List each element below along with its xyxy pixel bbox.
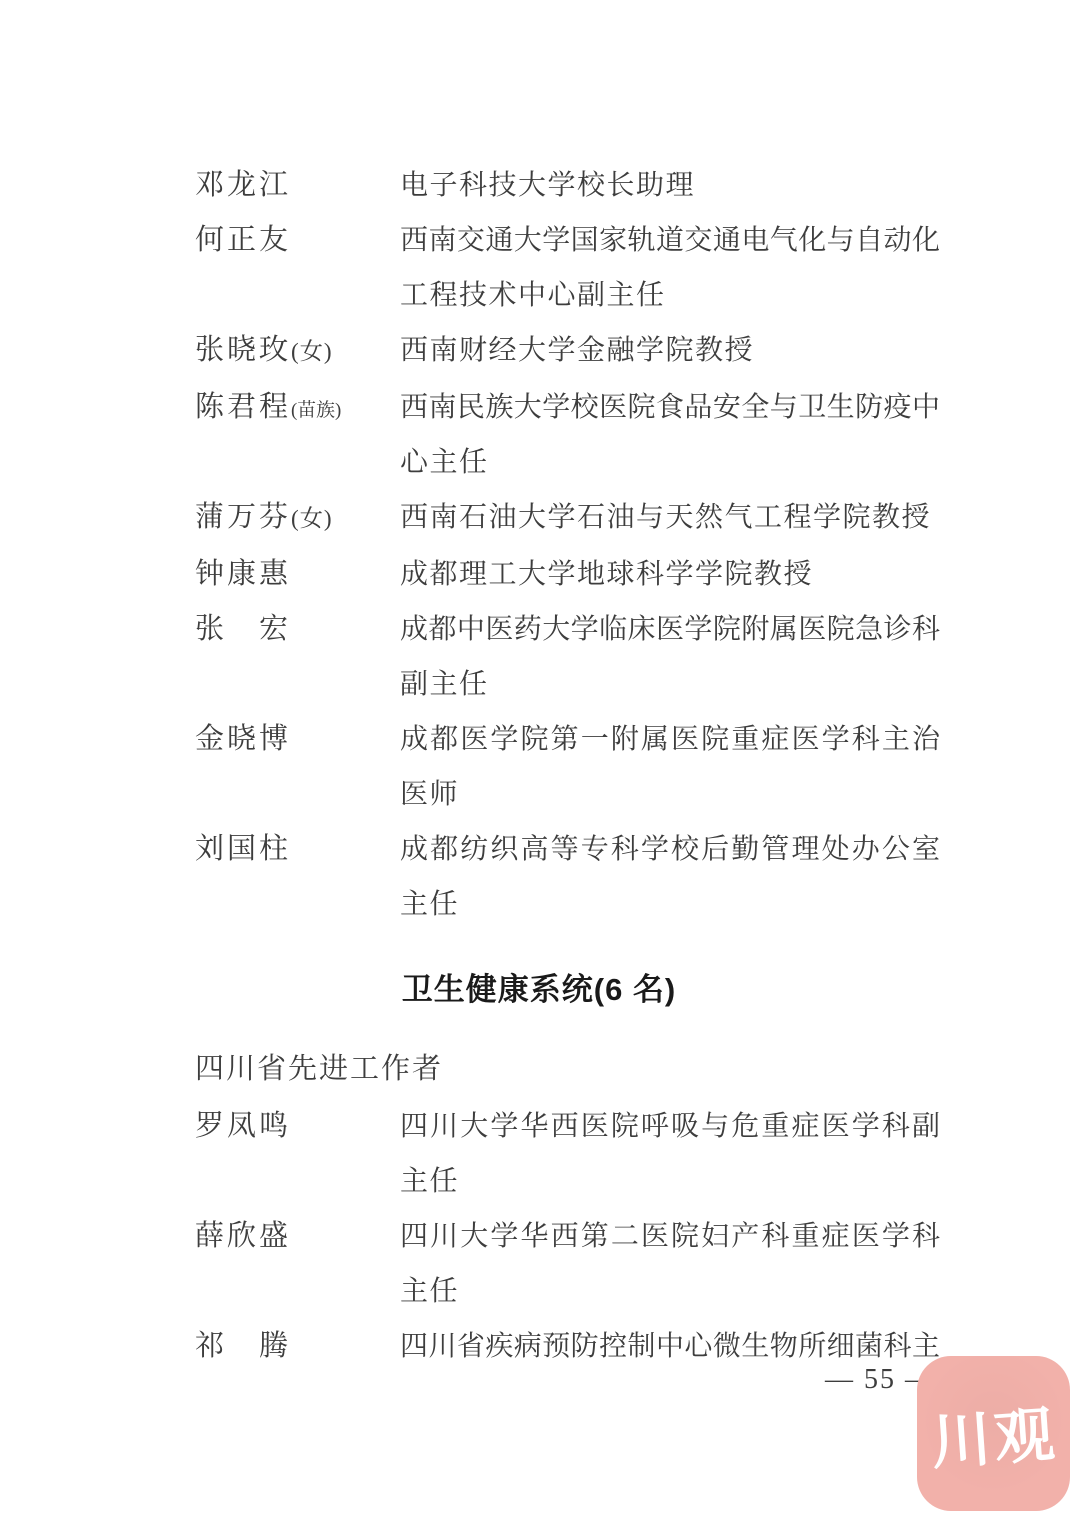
awardee-title-line: 成都理工大学地球科学学院教授: [400, 547, 940, 602]
award-entry: 张晓玫(女)西南财经大学金融学院教授: [195, 323, 940, 380]
awardee-name: 刘国柱: [195, 822, 400, 877]
awardee-title-line: 四川大学华西第二医院妇产科重症医学科: [400, 1209, 940, 1264]
entries-group-bottom: 罗凤鸣四川大学华西医院呼吸与危重症医学科副主任薛欣盛四川大学华西第二医院妇产科重…: [195, 1099, 940, 1374]
awardee-title-line: 副主任: [400, 657, 940, 712]
awardee-name-note: (苗族): [291, 400, 341, 421]
awardee-title-line: 电子科技大学校长助理: [400, 158, 940, 213]
awardee-title: 四川大学华西医院呼吸与危重症医学科副主任: [400, 1099, 940, 1209]
awardee-name-text: 罗凤鸣: [195, 1110, 291, 1142]
awardee-name-note: (女): [291, 339, 333, 365]
awardee-name-text: 钟康惠: [195, 558, 291, 590]
chuanguan-logo-text: 川观: [928, 1386, 1060, 1481]
awardee-name: 何正友: [195, 213, 400, 268]
awardee-title-line: 成都纺织高等专科学校后勤管理处办公室: [400, 822, 940, 877]
awardee-name-text: 张 宏: [195, 613, 291, 645]
awardee-title: 西南民族大学校医院食品安全与卫生防疫中心主任: [400, 380, 940, 490]
document-page: 邓龙江电子科技大学校长助理何正友西南交通大学国家轨道交通电气化与自动化工程技术中…: [0, 0, 1080, 1528]
subsection-title: 四川省先进工作者: [195, 1042, 940, 1097]
awardee-title: 西南石油大学石油与天然气工程学院教授: [400, 490, 940, 545]
awardee-title: 成都理工大学地球科学学院教授: [400, 547, 940, 602]
award-entry: 薛欣盛四川大学华西第二医院妇产科重症医学科主任: [195, 1209, 940, 1319]
awardee-name: 邓龙江: [195, 158, 400, 213]
awardee-name: 张晓玫(女): [195, 323, 400, 380]
awardee-title-line: 工程技术中心副主任: [400, 268, 940, 323]
award-entry: 蒲万芬(女)西南石油大学石油与天然气工程学院教授: [195, 490, 940, 547]
awardee-name: 钟康惠: [195, 547, 400, 602]
awardee-name-text: 张晓玫: [195, 334, 291, 366]
awardee-title-line: 西南交通大学国家轨道交通电气化与自动化: [400, 213, 940, 268]
awardee-title-line: 西南财经大学金融学院教授: [400, 323, 940, 378]
awardee-name-text: 祁 腾: [195, 1330, 291, 1362]
awardee-title: 西南交通大学国家轨道交通电气化与自动化工程技术中心副主任: [400, 213, 940, 323]
awardee-name: 薛欣盛: [195, 1209, 400, 1264]
awardee-name-text: 邓龙江: [195, 169, 291, 201]
chuanguan-logo: 川观: [917, 1356, 1070, 1511]
awardee-title: 四川大学华西第二医院妇产科重症医学科主任: [400, 1209, 940, 1319]
awardee-name: 金晓博: [195, 712, 400, 767]
awardee-title: 电子科技大学校长助理: [400, 158, 940, 213]
awardee-title: 西南财经大学金融学院教授: [400, 323, 940, 378]
awardee-title: 成都医学院第一附属医院重症医学科主治医师: [400, 712, 940, 822]
awardee-name: 罗凤鸣: [195, 1099, 400, 1154]
award-entry: 陈君程(苗族)西南民族大学校医院食品安全与卫生防疫中心主任: [195, 380, 940, 490]
award-entry: 刘国柱成都纺织高等专科学校后勤管理处办公室主任: [195, 822, 940, 932]
award-entry: 钟康惠成都理工大学地球科学学院教授: [195, 547, 940, 602]
awardee-title-line: 主任: [400, 1154, 940, 1209]
awardee-name-text: 陈君程: [195, 391, 291, 423]
awardee-name: 祁 腾: [195, 1319, 400, 1374]
awardee-title: 成都纺织高等专科学校后勤管理处办公室主任: [400, 822, 940, 932]
awardee-title-line: 心主任: [400, 435, 940, 490]
awardee-title-line: 西南石油大学石油与天然气工程学院教授: [400, 490, 940, 545]
entries-group-top: 邓龙江电子科技大学校长助理何正友西南交通大学国家轨道交通电气化与自动化工程技术中…: [195, 158, 940, 932]
award-list: 邓龙江电子科技大学校长助理何正友西南交通大学国家轨道交通电气化与自动化工程技术中…: [195, 158, 940, 1374]
award-entry: 金晓博成都医学院第一附属医院重症医学科主治医师: [195, 712, 940, 822]
awardee-title: 成都中医药大学临床医学院附属医院急诊科副主任: [400, 602, 940, 712]
awardee-name: 张 宏: [195, 602, 400, 657]
awardee-name-note: (女): [291, 506, 333, 532]
award-entry: 邓龙江电子科技大学校长助理: [195, 158, 940, 213]
awardee-name-text: 蒲万芬: [195, 501, 291, 533]
awardee-name-text: 金晓博: [195, 723, 291, 755]
awardee-title-line: 成都中医药大学临床医学院附属医院急诊科: [400, 602, 940, 657]
awardee-name-text: 何正友: [195, 224, 291, 256]
awardee-name: 蒲万芬(女): [195, 490, 400, 547]
awardee-name-text: 刘国柱: [195, 833, 291, 865]
awardee-title-line: 西南民族大学校医院食品安全与卫生防疫中: [400, 380, 940, 435]
award-entry: 何正友西南交通大学国家轨道交通电气化与自动化工程技术中心副主任: [195, 213, 940, 323]
awardee-title-line: 四川大学华西医院呼吸与危重症医学科副: [400, 1099, 940, 1154]
award-entry: 罗凤鸣四川大学华西医院呼吸与危重症医学科副主任: [195, 1099, 940, 1209]
award-entry: 张 宏成都中医药大学临床医学院附属医院急诊科副主任: [195, 602, 940, 712]
awardee-name: 陈君程(苗族): [195, 380, 400, 438]
awardee-title-line: 成都医学院第一附属医院重症医学科主治: [400, 712, 940, 767]
section-title: 卫生健康系统(6 名): [195, 962, 883, 1017]
awardee-title-line: 主任: [400, 1264, 940, 1319]
awardee-name-text: 薛欣盛: [195, 1220, 291, 1252]
awardee-title-line: 主任: [400, 877, 940, 932]
awardee-title-line: 医师: [400, 767, 940, 822]
